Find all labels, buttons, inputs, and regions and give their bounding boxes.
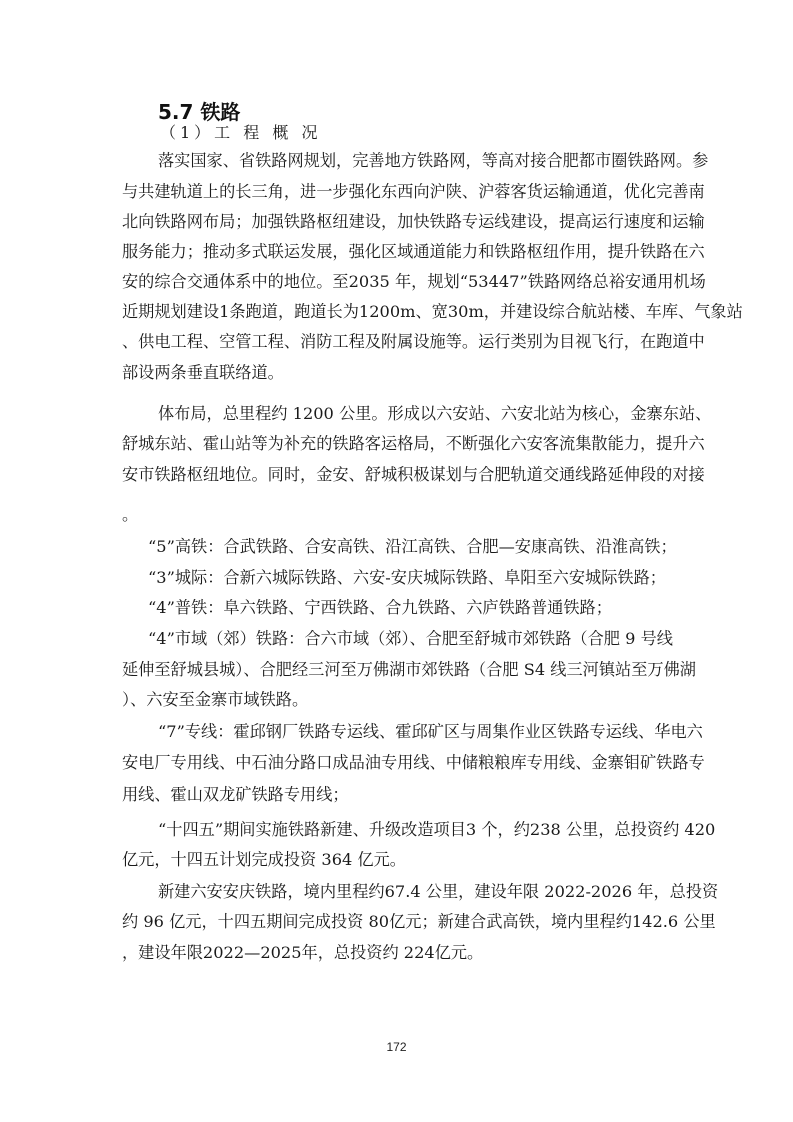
paragraph-line: 、供电工程、空管工程、消防工程及附属设施等。运行类别为目视飞行，在跑道中 — [122, 332, 682, 352]
subsection-heading: （1）工 程 概 况 — [160, 120, 321, 143]
paragraph-line: 体布局，总里程约 1200 公里。形成以六安站、六安北站为核心，金寨东站、 — [158, 404, 682, 424]
paragraph-line: ）、六安至金寨市域铁路。 — [122, 690, 682, 710]
paragraph-line: 。 — [122, 505, 682, 525]
page-number: 172 — [0, 1040, 793, 1054]
paragraph-line: 安市铁路枢纽地位。同时，金安、舒城积极谋划与合肥轨道交通线路延伸段的对接 — [122, 465, 682, 485]
paragraph-line: 约 96 亿元，十四五期间完成投资 80亿元；新建合武高铁，境内里程约142.6… — [122, 912, 682, 932]
paragraph-line: 部设两条垂直联络道。 — [122, 363, 682, 383]
paragraph-line: 安电厂专用线、中石油分路口成品油专用线、中储粮粮库专用线、金寨钼矿铁路专 — [122, 753, 682, 773]
document-page: 5.7 铁路 （1）工 程 概 况 落实国家、省铁路网规划，完善地方铁路网，等高… — [0, 0, 793, 1122]
paragraph-line: 北向铁路网布局；加强铁路枢纽建设，加快铁路专运线建设，提高运行速度和运输 — [122, 212, 682, 232]
list-item-special-lines: “7”专线：霍邱钢厂铁路专运线、霍邱矿区与周集作业区铁路专运线、华电六 — [158, 722, 682, 742]
paragraph-line: “十四五”期间实施铁路新建、升级改造项目3 个，约238 公里，总投资约 420 — [158, 820, 682, 840]
paragraph-line: 亿元，十四五计划完成投资 364 亿元。 — [122, 850, 682, 870]
paragraph-line: 落实国家、省铁路网规划，完善地方铁路网，等高对接合肥都市圈铁路网。参 — [158, 151, 682, 171]
paragraph-line: 安的综合交通体系中的地位。至2035 年，规划“53447”铁路网络总裕安通用机… — [122, 272, 682, 292]
paragraph-line: 服务能力；推动多式联运发展，强化区域通道能力和铁路枢纽作用，提升铁路在六 — [122, 242, 682, 262]
list-item-high-speed: “5”高铁：合武铁路、合安高铁、沿江高铁、合肥—安康高铁、沿淮高铁； — [148, 537, 682, 557]
paragraph-line: 新建六安安庆铁路，境内里程约67.4 公里，建设年限 2022-2026 年，总… — [158, 882, 682, 902]
paragraph-line: 用线、霍山双龙矿铁路专用线； — [122, 785, 682, 805]
paragraph-line: 与共建轨道上的长三角，进一步强化东西向沪陕、沪蓉客货运输通道，优化完善南 — [122, 182, 682, 202]
list-item-conventional: “4”普铁：阜六铁路、宁西铁路、合九铁路、六庐铁路普通铁路； — [148, 598, 682, 618]
list-item-intercity: “3”城际：合新六城际铁路、六安-安庆城际铁路、阜阳至六安城际铁路； — [148, 568, 682, 588]
list-item-suburban: “4”市域（郊）铁路：合六市域（郊）、合肥至舒城市郊铁路（合肥 9 号线 — [148, 629, 682, 649]
paragraph-line: 延伸至舒城县城）、合肥经三河至万佛湖市郊铁路（合肥 S4 线三河镇站至万佛湖 — [122, 660, 682, 680]
paragraph-line: 近期规划建设1条跑道，跑道长为1200m、宽30m，并建设综合航站楼、车库、气象… — [122, 302, 682, 322]
paragraph-line: 舒城东站、霍山站等为补充的铁路客运格局，不断强化六安客流集散能力，提升六 — [122, 434, 682, 454]
paragraph-line: ，建设年限2022—2025年，总投资约 224亿元。 — [122, 943, 682, 963]
